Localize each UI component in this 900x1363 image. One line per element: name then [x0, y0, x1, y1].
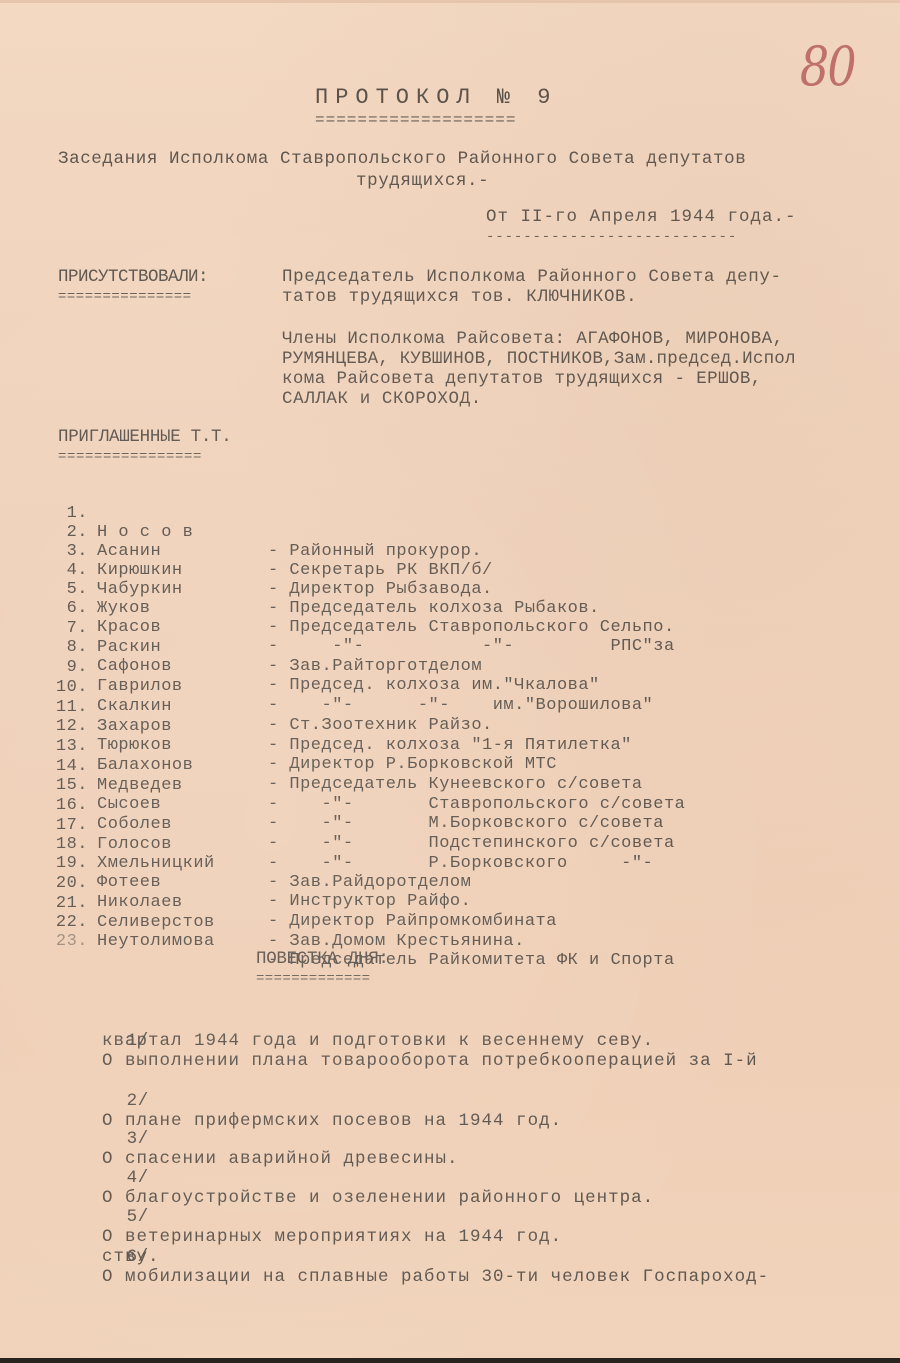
invited-role: - Инструктор Райфо.: [268, 892, 471, 911]
invited-role: - Зав.Райторготделом: [268, 657, 482, 676]
present-label: ПРИСУТСТВОВАЛИ:: [58, 267, 208, 287]
invited-name: Кирюшкин: [97, 561, 183, 580]
agenda-text: О плане прифермских посевов на 1944 год.: [102, 1111, 562, 1131]
invited-role: - -"- Р.Борковского -"-: [268, 854, 653, 873]
invited-role: - Директор Рыбзавода.: [268, 580, 493, 599]
invited-name: Сафонов: [97, 657, 172, 676]
invited-role: - -"- -"- им."Ворошилова": [268, 696, 653, 715]
title-underline: ===================: [315, 111, 516, 129]
agenda-label-underline: =============: [256, 971, 370, 987]
agenda-number: 4/: [127, 1168, 149, 1188]
invited-name: Балахонов: [97, 756, 193, 775]
invited-role: - -"- Ставропольского с/совета: [268, 795, 685, 814]
invited-name: Асанин: [97, 542, 161, 561]
date-underline: ---------------------------: [486, 229, 737, 245]
invited-name: Чабуркин: [97, 580, 183, 599]
invited-name: Красов: [97, 618, 161, 637]
invited-name: Хмельницкий: [97, 854, 215, 873]
agenda-text: О выполнении плана товарооборота потребк…: [102, 1051, 758, 1071]
agenda-text-cont: ству.: [102, 1247, 160, 1267]
members-line-3: кома Райсовета депутатов трудящихся - ЕР…: [282, 369, 762, 389]
agenda-text: О ветеринарных мероприятиях на 1944 год.: [102, 1227, 562, 1247]
invited-role: - Председатель колхоза Рыбаков.: [268, 599, 600, 618]
invited-name: Раскин: [97, 638, 161, 657]
invited-label: ПРИГЛАШЕННЫЕ Т.Т.: [58, 427, 231, 447]
invited-name: Захаров: [97, 717, 172, 736]
invited-role: - Председатель Ставропольского Сельпо.: [268, 618, 675, 637]
invited-role: - -"- М.Борковского с/совета: [268, 814, 664, 833]
row-number: 23.: [48, 932, 88, 951]
agenda-item-6: 6/ О мобилизации на сплавные работы 30-т…: [60, 1227, 149, 1327]
invited-role: - -"- Подстепинского с/совета: [268, 834, 675, 853]
invited-name: Жуков: [97, 599, 151, 618]
agenda-number: 3/: [127, 1129, 149, 1149]
agenda-label: ПОВЕСТКА ДНЯ:: [256, 949, 389, 969]
document-page: 80 ПРОТОКОЛ № 9 =================== Засе…: [0, 0, 900, 1358]
invited-name: Неутолимова: [97, 932, 215, 951]
invited-role: - Районный прокурор.: [268, 542, 482, 561]
agenda-number: 5/: [127, 1207, 149, 1227]
invited-role: - Зав.Райдоротделом: [268, 873, 471, 892]
invited-role: - Председ. колхоза "1-я Пятилетка": [268, 736, 632, 755]
invited-role: - Ст.Зоотехник Райзо.: [268, 716, 493, 735]
invited-name: Н о с о в: [97, 523, 193, 542]
invited-role: - -"- -"- РПС"за: [268, 637, 675, 656]
agenda-text: О мобилизации на сплавные работы 30-ти ч…: [102, 1267, 769, 1287]
agenda-text: О спасении аварийной древесины.: [102, 1149, 459, 1169]
invited-name: Медведев: [97, 776, 183, 795]
invited-role: - Директор Р.Борковской МТС: [268, 755, 557, 774]
invited-role: - Председатель Кунеевского с/совета: [268, 775, 643, 794]
protocol-title: ПРОТОКОЛ № 9: [315, 85, 557, 110]
invited-role: - Секретарь РК ВКП/б/: [268, 561, 493, 580]
invited-name: Николаев: [97, 893, 183, 912]
invited-name: Соболев: [97, 815, 172, 834]
members-line-2: РУМЯНЦЕВА, КУВШИНОВ, ПОСТНИКОВ,Зам.предс…: [282, 349, 796, 369]
invited-name: Фотеев: [97, 873, 161, 892]
invited-name: Голосов: [97, 835, 172, 854]
agenda-text-cont: квартал 1944 года и подготовки к весенне…: [102, 1031, 654, 1051]
invited-name: Селиверстов: [97, 913, 215, 932]
invited-name: Гаврилов: [97, 677, 183, 696]
subtitle-line-1: Заседания Исполкома Ставропольского Райо…: [58, 149, 746, 169]
invited-label-underline: ================: [58, 449, 202, 465]
folio-number-handwritten: 80: [800, 35, 855, 98]
invited-role: - Директор Райпромкомбината: [268, 912, 557, 931]
agenda-number: 2/: [127, 1091, 149, 1111]
chairman-line-2: татов трудящихся тов. КЛЮЧНИКОВ.: [282, 287, 637, 307]
invited-name: Скалкин: [97, 697, 172, 716]
meeting-date: От II-го Апреля 1944 года.-: [486, 207, 797, 227]
agenda-text: О благоустройстве и озеленении районного…: [102, 1188, 654, 1208]
members-line-1: Члены Исполкома Райсовета: АГАФОНОВ, МИР…: [282, 329, 783, 349]
members-line-4: САЛЛАК и СКОРОХОД.: [282, 389, 482, 409]
invited-name: Сысоев: [97, 795, 161, 814]
invited-row-struck: 23.: [0, 913, 64, 970]
invited-name: Тюрюков: [97, 736, 172, 755]
subtitle-line-2: трудящихся.-: [356, 171, 489, 191]
chairman-line-1: Председатель Исполкома Районного Совета …: [282, 267, 782, 287]
invited-role: - Председ. колхоза им."Чкалова": [268, 676, 600, 695]
present-label-underline: ===============: [58, 289, 192, 305]
